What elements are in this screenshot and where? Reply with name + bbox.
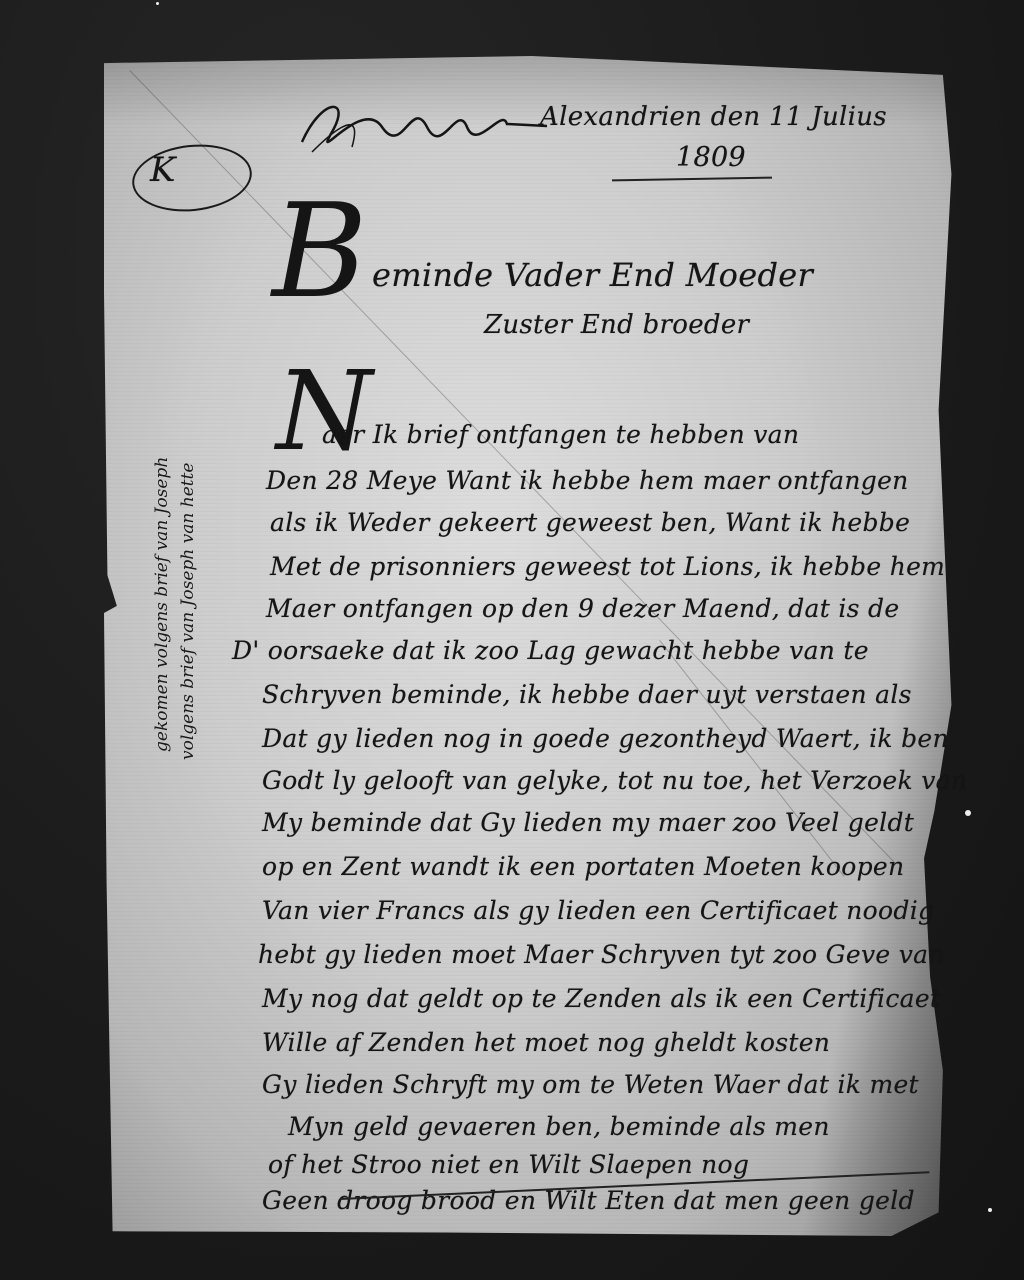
body-line: als ik Weder gekeert geweest ben, Want i… (270, 508, 910, 537)
body-initial: N (276, 356, 372, 466)
body-line: Dat gy lieden nog in goede gezontheyd Wa… (262, 724, 949, 753)
body-line: Maer ontfangen op den 9 dezer Maend, dat… (266, 594, 899, 623)
scan-speck (988, 1208, 992, 1212)
salutation-line-1: eminde Vader End Moeder (372, 256, 813, 294)
body-line: of het Stroo niet en Wilt Slaepen nog (268, 1150, 749, 1179)
flourish-icon (292, 92, 552, 162)
margin-note: gekomen volgens brief van Joseph (152, 457, 172, 752)
body-line: Wille af Zenden het moet nog gheldt kost… (262, 1028, 830, 1057)
body-line: Gy lieden Schryft my om te Weten Waer da… (262, 1070, 919, 1099)
body-line: Van vier Francs als gy lieden een Certif… (262, 896, 934, 925)
body-line: Den 28 Meye Want ik hebbe hem maer ontfa… (266, 466, 909, 495)
salutation-line-2: Zuster End broeder (484, 310, 749, 340)
document-scan: K Alexandrien den 11 Julius 1809 B emind… (0, 0, 1024, 1280)
body-line: Met de prisonniers geweest tot Lions, ik… (270, 552, 945, 581)
body-line: Godt ly gelooft van gelyke, tot nu toe, … (262, 766, 967, 795)
body-line: Myn geld gevaeren ben, beminde als men (288, 1112, 830, 1141)
scan-speck (965, 810, 971, 816)
place-date: Alexandrien den 11 Julius (540, 102, 887, 132)
body-line: My beminde dat Gy lieden my maer zoo Vee… (262, 808, 914, 837)
salutation-initial: B (272, 186, 368, 316)
margin-note: volgens brief van Joseph van hette (178, 463, 198, 760)
body-line: Schryven beminde, ik hebbe daer uyt vers… (262, 680, 912, 709)
body-line: aer Ik brief ontfangen te hebben van (322, 420, 799, 449)
body-line: op en Zent wandt ik een portaten Moeten … (262, 852, 904, 881)
year: 1809 (676, 142, 746, 173)
body-line: Geen droog brood en Wilt Eten dat men ge… (262, 1186, 915, 1215)
scan-speck (156, 2, 159, 5)
folio-mark: K (150, 150, 176, 190)
body-line: hebt gy lieden moet Maer Schryven tyt zo… (258, 940, 945, 969)
body-line: My nog dat geldt op te Zenden als ik een… (262, 984, 940, 1013)
body-line: D' oorsaeke dat ik zoo Lag gewacht hebbe… (232, 636, 869, 665)
